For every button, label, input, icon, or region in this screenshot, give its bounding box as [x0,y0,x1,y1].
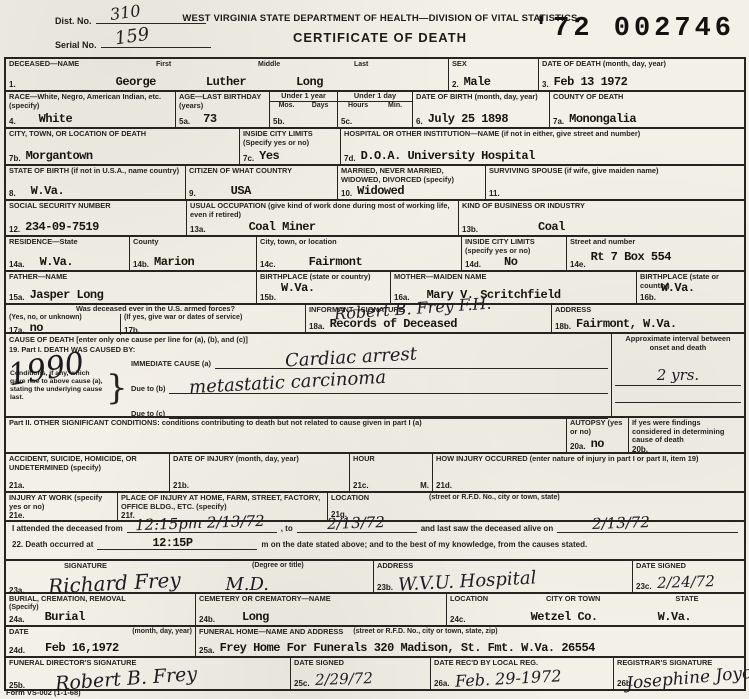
burial-date-label: DATE [9,628,29,637]
armed-forces-question: Was deceased ever in the U.S. armed forc… [6,305,305,314]
armed-forces-answer-value: no [30,321,43,335]
burial-location-label: LOCATION [450,595,488,604]
interval-empty-rule [615,402,741,403]
conditions-note: Conditions, if any, which gave rise to a… [10,370,106,403]
item-7d-number: 7d. [344,154,356,163]
row-accident-injury: ACCIDENT, SUICIDE, HOMICIDE, OR UNDETERM… [6,454,744,493]
attendance-cell: I attended the deceased from 12:15pm 2/1… [6,522,744,559]
physician-signature-cell: SIGNATURE(Degree or title) 23a. Richard … [6,561,374,592]
cause-of-death-header: CAUSE OF DEATH [enter only one cause per… [9,336,608,345]
armed-forces-answer-sublabel: (Yes, no, or unknown) [9,314,117,321]
middle-name-sublabel: Middle [258,61,280,68]
race-label: RACE—White, Negro, American Indian, etc.… [9,93,172,110]
item-15b-number: 15b. [260,293,276,302]
residence-icl-value: No [504,255,517,269]
ssn-label: SOCIAL SECURITY NUMBER [9,202,183,211]
residence-state-label: RESIDENCE—State [9,238,126,247]
attended-from-label: I attended the deceased from [12,524,123,533]
item-16b-number: 16b. [640,293,656,302]
funeral-home-sublabel: (street or R.F.D. No., city or town, sta… [353,628,497,637]
inside-city-limits-label: INSIDE CITY LIMITS (Specify yes or no) [243,130,337,147]
item-18b-number: 18b. [555,322,571,331]
item-21a-number: 21a. [9,481,25,490]
findings-label: If yes were findings considered in deter… [632,419,741,445]
certificate-title: CERTIFICATE OF DEATH [180,30,580,45]
date-received-cell: DATE REC'D BY LOCAL REG. 26a.Feb. 29-197… [431,658,614,689]
residence-street-label: Street and number [570,238,741,247]
row-attendance-statement: I attended the deceased from 12:15pm 2/1… [6,522,744,561]
last-saw-alive-label: and last saw the deceased alive on [421,524,554,533]
residence-city-label: City, town, or location [260,238,458,247]
accident-cell: ACCIDENT, SUICIDE, HOMICIDE, OR UNDETERM… [6,454,170,491]
item-14e-number: 14e. [570,260,586,269]
item-7a-number: 7a. [553,117,564,126]
item-8-number: 8. [9,189,16,198]
row-birth-citizen-marital: STATE OF BIRTH (if not in U.S.A., name c… [6,166,744,201]
hospital-cell: HOSPITAL OR OTHER INSTITUTION—NAME (if n… [341,129,744,164]
county-of-death-value: Monongalia [569,112,636,126]
interval-cell: Approximate interval between onset and d… [612,334,744,416]
director-date-signed-label: DATE SIGNED [294,659,427,668]
item-26a-number: 26a. [434,679,450,688]
row-forces-informant: Was deceased ever in the U.S. armed forc… [6,305,744,334]
physician-address-cell: ADDRESS 23b.W.V.U. Hospital [374,561,633,592]
armed-forces-war-sublabel: (If yes, give war or dates of service) [124,314,302,321]
sex-cell: SEX 2.Male [449,59,539,90]
part2-cell: Part II. OTHER SIGNIFICANT CONDITIONS: c… [6,418,567,452]
race-cell: RACE—White, Negro, American Indian, etc.… [6,92,176,127]
under-one-day-label: Under 1 day [338,92,412,102]
city-of-death-cell: CITY, TOWN, OR LOCATION OF DEATH 7b.Morg… [6,129,240,164]
last-name-sublabel: Last [354,61,368,68]
place-of-injury-label: PLACE OF INJURY AT HOME, FARM, STREET, F… [121,494,324,511]
item-24d-number: 24d. [9,646,25,655]
how-injury-label: HOW INJURY OCCURRED (enter nature of inj… [436,455,741,464]
residence-street-cell: Street and number 14e.Rt 7 Box 554 [567,237,744,270]
how-injury-cell: HOW INJURY OCCURRED (enter nature of inj… [433,454,744,491]
row-physician-signature: SIGNATURE(Degree or title) 23a. Richard … [6,561,744,594]
autopsy-value: no [591,437,604,451]
item-21b-number: 21b. [173,481,189,490]
residence-street-value: Rt 7 Box 554 [591,250,671,264]
burial-state-value: W.Va. [658,610,692,624]
burial-sublabel: (Specify) [9,604,192,611]
mother-birthplace-value: W.Va. [661,281,695,295]
deceased-name-label: DECEASED—NAME [9,60,445,69]
item-6-number: 6. [416,117,423,126]
item-21d-number: 21d. [436,481,452,490]
row-residence: RESIDENCE—State 14a.W.Va. County 14b.Mar… [6,237,744,272]
date-received-value: Feb. 29-1972 [454,666,561,691]
burial-city-value: Wetzel Co. [531,610,598,624]
industry-value: Coal [538,220,565,234]
city-of-death-label: CITY, TOWN, OR LOCATION OF DEATH [9,130,236,139]
injury-at-work-label: INJURY AT WORK (specify yes or no) [9,494,114,511]
item-18a-number: 18a. [309,322,325,331]
row-ssn-occupation: SOCIAL SECURITY NUMBER 12.234-09-7519 US… [6,201,744,237]
physician-date-signed-cell: DATE SIGNED 23c.2/24/72 [633,561,744,592]
citizen-label: CITIZEN OF WHAT COUNTRY [189,167,334,176]
item-10-number: 10. [341,189,352,198]
mother-name-label: MOTHER—MAIDEN NAME [394,273,633,282]
row-deceased-name: DECEASED—NAME First Middle Last 1. Georg… [6,59,744,92]
age-value: 73 [203,112,216,126]
death-occurred-time: 12:15P [152,536,192,550]
father-birthplace-label: BIRTHPLACE (state or country) [260,273,387,282]
item-20a-number: 20a. [570,442,586,451]
father-birthplace-cell: BIRTHPLACE (state or country) 15b.W.Va. [257,272,391,303]
date-of-birth-label: DATE OF BIRTH (month, day, year) [416,93,546,102]
director-date-signed-value: 2/29/72 [314,669,372,689]
date-received-label: DATE REC'D BY LOCAL REG. [434,659,610,668]
injury-location-sublabel: (street or R.F.D. No., city or town, sta… [429,494,560,503]
item-21e-number: 21e. [9,511,25,520]
residence-city-value: Fairmont [309,255,363,269]
item-11-number: 11. [489,189,500,198]
row-part2-autopsy: Part II. OTHER SIGNIFICANT CONDITIONS: c… [6,418,744,454]
hour-label: HOUR [353,455,429,464]
residence-state-value: W.Va. [40,255,74,269]
item-7c-number: 7c. [243,154,254,163]
hospital-value: D.O.A. University Hospital [361,149,535,163]
certificate-number-stamp: '72 002746 [533,14,735,44]
county-of-death-label: COUNTY OF DEATH [553,93,741,102]
inside-city-limits-value: Yes [259,149,279,163]
immediate-cause-rule: Cardiac arrest [215,368,608,369]
autopsy-label: AUTOPSY (yes or no) [570,419,625,436]
part2-label: Part II. OTHER SIGNIFICANT CONDITIONS: c… [9,419,563,428]
age-cell: AGE—LAST BIRTHDAY (years) 5a.73 [176,92,270,127]
industry-label: KIND OF BUSINESS OR INDUSTRY [462,202,741,211]
occupation-value: Coal Miner [249,220,316,234]
city-of-death-value: Morgantown [26,149,93,163]
row-place-of-death: CITY, TOWN, OR LOCATION OF DEATH 7b.Morg… [6,129,744,166]
state-of-birth-cell: STATE OF BIRTH (if not in U.S.A., name c… [6,166,186,199]
county-of-death-cell: COUNTY OF DEATH 7a.Monongalia [550,92,744,127]
item-13a-number: 13a. [190,225,206,234]
registrar-signature-cell: REGISTRAR'S SIGNATURE 26b.Josephine Joyc… [614,658,749,689]
attended-to-value: 2/13/72 [326,513,384,533]
row-race-age-birth: RACE—White, Negro, American Indian, etc.… [6,92,744,129]
death-occurred-rest-label: m on the date stated above; and to the b… [261,540,587,549]
item-5a-number: 5a. [179,117,190,126]
district-number-label: Dist. No. [55,16,92,26]
autopsy-cell: AUTOPSY (yes or no) 20a.no [567,418,629,452]
death-certificate-document: Dist. No. 310 Serial No. 159 WEST VIRGIN… [0,0,749,699]
residence-city-cell: City, town, or location 14c.Fairmont [257,237,462,270]
attended-from-rule: 12:15pm 2/13/72 [127,532,277,533]
item-23b-number: 23b. [377,583,393,592]
last-name-value: Long [296,75,323,89]
months-sublabel: Mos. [279,102,295,109]
cemetery-cell: CEMETERY OR CREMATORY—NAME 24b.Long [196,594,447,625]
funeral-home-cell: FUNERAL HOME—NAME AND ADDRESS(street or … [196,627,744,656]
interval-value: 2 yrs. [657,366,699,384]
item-5c-number: 5c. [341,117,352,126]
serial-number-label: Serial No. [55,40,97,50]
due-to-b-rule: metastatic carcinoma [169,393,608,394]
item-20b-number: 20b. [632,445,648,454]
residence-icl-cell: INSIDE CITY LIMITS (specify yes or no) 1… [462,237,567,270]
form-number: Form VS-002 (1-1-68) [6,688,81,697]
state-of-birth-value: W.Va. [31,184,65,198]
armed-forces-cell: Was deceased ever in the U.S. armed forc… [6,305,306,332]
informant-address-value: Fairmont, W.Va. [576,317,677,331]
father-name-label: FATHER—NAME [9,273,253,282]
burial-date-cell: DATE(month, day, year) 24d.Feb 16,1972 [6,627,196,656]
hospital-label: HOSPITAL OR OTHER INSTITUTION—NAME (if n… [344,130,741,139]
physician-date-signed-value: 2/24/72 [656,572,714,592]
citizen-cell: CITIZEN OF WHAT COUNTRY 9.USA [186,166,338,199]
residence-county-cell: County 14b.Marion [130,237,257,270]
row-cause-of-death: CAUSE OF DEATH [enter only one cause per… [6,334,744,418]
surviving-spouse-cell: SURVIVING SPOUSE (if wife, give maiden n… [486,166,744,199]
marital-status-cell: MARRIED, NEVER MARRIED, WIDOWED, DIVORCE… [338,166,486,199]
date-of-birth-cell: DATE OF BIRTH (month, day, year) 6.July … [413,92,550,127]
physician-date-signed-label: DATE SIGNED [636,562,741,571]
certificate-header: Dist. No. 310 Serial No. 159 WEST VIRGIN… [0,0,749,57]
item-2-number: 2. [452,80,459,89]
item-24a-number: 24a. [9,615,25,624]
first-name-sublabel: First [156,61,171,68]
item-14a-number: 14a. [9,260,25,269]
item-24c-number: 24c. [450,615,466,624]
row-funeral-home: DATE(month, day, year) 24d.Feb 16,1972 F… [6,627,744,658]
date-of-death-label: DATE OF DEATH (month, day, year) [542,60,741,69]
injury-at-work-cell: INJURY AT WORK (specify yes or no) 21e. [6,493,118,520]
informant-address-cell: ADDRESS 18b.Fairmont, W.Va. [552,305,744,332]
attended-from-value: 12:15pm 2/13/72 [134,512,264,535]
item-25a-number: 25a. [199,646,215,655]
hours-sublabel: Hours [348,102,368,109]
mother-birthplace-cell: BIRTHPLACE (state or country) 16b.W.Va. [637,272,744,303]
under-one-day-cell: Under 1 day HoursMin. 5c. [338,92,413,127]
hour-meridiem-label: M. [420,481,429,490]
department-title: WEST VIRGINIA STATE DEPARTMENT OF HEALTH… [180,13,580,24]
item-14c-number: 14c. [260,260,276,269]
item-25c-number: 25c. [294,679,310,688]
date-of-injury-label: DATE OF INJURY (month, day, year) [173,455,346,464]
informant-address-label: ADDRESS [555,306,741,315]
occupation-cell: USUAL OCCUPATION (give kind of work done… [187,201,459,235]
residence-county-value: Marion [154,255,194,269]
last-saw-alive-value: 2/13/72 [592,513,650,533]
item-23c-number: 23c. [636,582,652,591]
burial-cell: BURIAL, CREMATION, REMOVAL (Specify) 24a… [6,594,196,625]
due-to-b-label: Due to (b) [131,385,165,394]
item-14b-number: 14b. [133,260,149,269]
date-of-injury-cell: DATE OF INJURY (month, day, year) 21b. [170,454,350,491]
deceased-name-cell: DECEASED—NAME First Middle Last 1. Georg… [6,59,449,90]
item-3-number: 3. [542,80,549,89]
injury-location-cell: LOCATION(street or R.F.D. No., city or t… [328,493,744,520]
date-of-death-cell: DATE OF DEATH (month, day, year) 3.Feb 1… [539,59,744,90]
item-13b-number: 13b. [462,225,478,234]
physician-address-value: W.V.U. Hospital [398,567,537,595]
physician-signature-label: SIGNATURE [64,562,107,571]
marital-status-value: Widowed [357,184,404,198]
degree-or-title-label: (Degree or title) [252,562,304,571]
funeral-home-value: Frey Home For Funerals 320 Madison, St. … [220,641,595,655]
findings-cell: If yes were findings considered in deter… [629,418,744,452]
residence-county-label: County [133,238,253,247]
burial-location-cell: LOCATIONCITY OR TOWNSTATE 24c.Wetzel Co.… [447,594,744,625]
item-21f-number: 21f. [121,511,135,520]
last-saw-alive-rule: 2/13/72 [557,532,738,533]
item-9-number: 9. [189,189,196,198]
minutes-sublabel: Min. [388,102,402,109]
accident-label: ACCIDENT, SUICIDE, HOMICIDE, OR UNDETERM… [9,455,166,472]
age-label: AGE—LAST BIRTHDAY (years) [179,93,266,110]
burial-date-sublabel: (month, day, year) [132,628,192,637]
burial-state-label: STATE [675,595,698,604]
attended-to-label: , to [281,524,293,533]
due-to-b-value: metastatic carcinoma [189,367,387,398]
sex-value: Male [464,75,491,89]
burial-city-label: CITY OR TOWN [546,595,600,604]
cause-of-death-cell: CAUSE OF DEATH [enter only one cause per… [6,334,612,416]
residence-state-cell: RESIDENCE—State 14a.W.Va. [6,237,130,270]
days-sublabel: Days [312,102,329,109]
death-occurred-rule: 12:15P [97,549,257,550]
funeral-home-label: FUNERAL HOME—NAME AND ADDRESS [199,628,343,637]
item-12-number: 12. [9,225,20,234]
marital-status-label: MARRIED, NEVER MARRIED, WIDOWED, DIVORCE… [341,167,482,184]
death-occurred-label: 22. Death occurred at [12,540,93,549]
item-4-number: 4. [9,117,16,126]
date-of-death-value: Feb 13 1972 [554,75,628,89]
occupation-label: USUAL OCCUPATION (give kind of work done… [190,202,455,219]
citizen-value: USA [231,184,251,198]
item-21c-number: 21c. [353,481,369,490]
funeral-director-signature-cell: FUNERAL DIRECTOR'S SIGNATURE 25b.Robert … [6,658,291,689]
item-14d-number: 14d. [465,260,481,269]
director-date-signed-cell: DATE SIGNED 25c.2/29/72 [291,658,431,689]
burial-value: Burial [45,610,85,624]
state-of-birth-label: STATE OF BIRTH (if not in U.S.A., name c… [9,167,182,176]
burial-label: BURIAL, CREMATION, REMOVAL [9,595,192,604]
attended-to-rule: 2/13/72 [297,532,417,533]
hour-cell: HOUR 21c.M. [350,454,433,491]
row-burial: BURIAL, CREMATION, REMOVAL (Specify) 24a… [6,594,744,627]
industry-cell: KIND OF BUSINESS OR INDUSTRY 13b.Coal [459,201,744,235]
residence-icl-label: INSIDE CITY LIMITS (specify yes or no) [465,238,563,255]
race-value: White [39,112,73,126]
item-7b-number: 7b. [9,154,21,163]
interval-label: Approximate interval between onset and d… [615,335,741,352]
injury-location-label: LOCATION [331,494,369,503]
immediate-cause-label: IMMEDIATE CAUSE (a) [131,360,211,369]
burial-date-value: Feb 16,1972 [45,641,119,655]
ssn-cell: SOCIAL SECURITY NUMBER 12.234-09-7519 [6,201,187,235]
father-name-cell: FATHER—NAME 15a.Jasper Long [6,272,257,303]
row-final-signatures: FUNERAL DIRECTOR'S SIGNATURE 25b.Robert … [6,658,744,689]
under-one-year-cell: Under 1 year Mos.Days 5b. [270,92,338,127]
item-1-number: 1. [9,80,16,89]
item-5b-number: 5b. [273,117,285,126]
date-of-birth-value: July 25 1898 [428,112,508,126]
middle-name-value: Luther [206,75,246,89]
father-name-value: Jasper Long [30,288,104,302]
under-one-year-label: Under 1 year [270,92,337,102]
sex-label: SEX [452,60,535,69]
ssn-value: 234-09-7519 [25,220,99,234]
informant-cell: INFORMANT—SIGNATURE Robert B. Frey F.H. … [306,305,552,332]
inside-city-limits-cell: INSIDE CITY LIMITS (Specify yes or no) 7… [240,129,341,164]
surviving-spouse-label: SURVIVING SPOUSE (if wife, give maiden n… [489,167,741,176]
item-24b-number: 24b. [199,615,215,624]
cemetery-value: Long [242,610,269,624]
item-15a-number: 15a. [9,293,25,302]
conditions-brace: } [106,368,128,408]
row-parents: FATHER—NAME 15a.Jasper Long BIRTHPLACE (… [6,272,744,305]
cemetery-label: CEMETERY OR CREMATORY—NAME [199,595,443,604]
first-name-value: George [116,75,156,89]
physician-degree-value: M.D. [225,574,269,595]
father-birthplace-value: W.Va. [281,281,315,295]
certificate-form: DECEASED—NAME First Middle Last 1. Georg… [4,57,746,691]
